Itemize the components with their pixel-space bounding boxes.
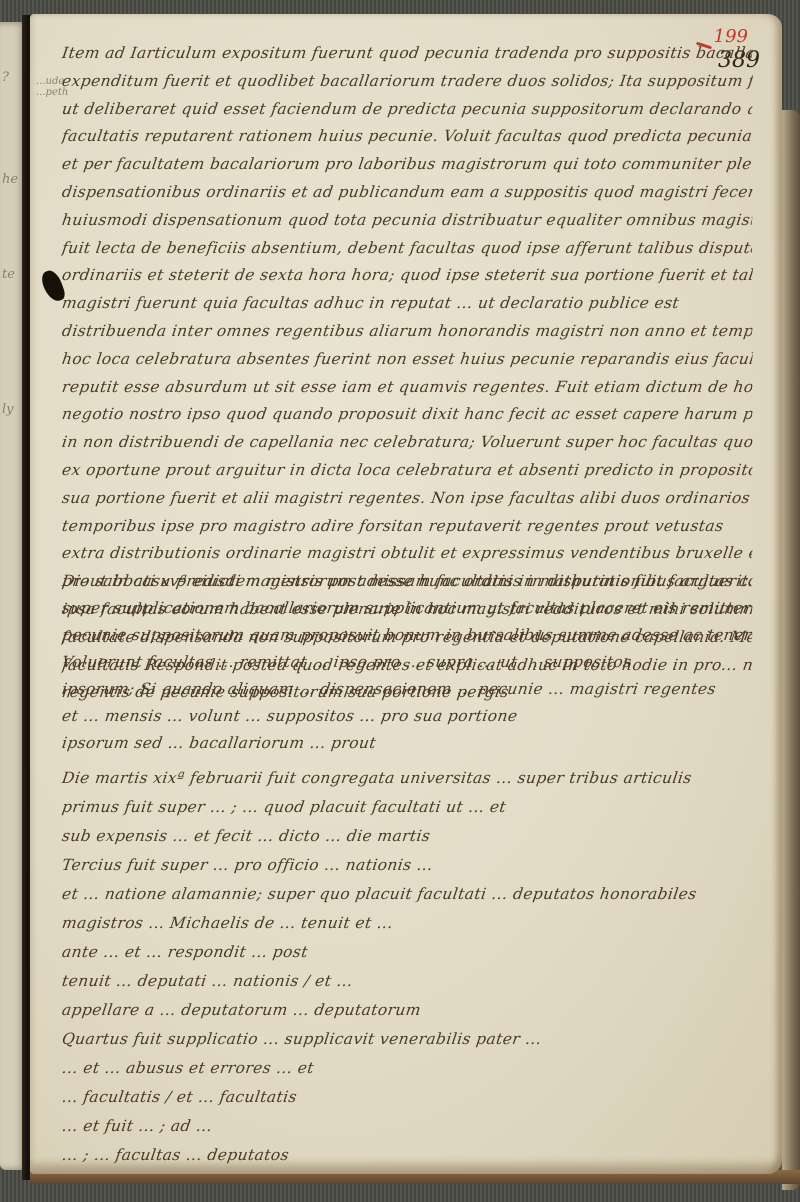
text-line: ... ; ... facultas ... deputatos [60,1141,754,1170]
text-line: ... et ... abusus et errores ... et [60,1054,754,1083]
text-line: negotio nostro ipso quod quando proposui… [60,401,754,429]
text-line: pecunie suppositorum quam proposuit bonu… [60,622,754,649]
text-line: extra distributionis ordinarie magistri … [60,540,754,568]
text-line: temporibus ipse pro magistro adire forsi… [60,513,754,541]
text-line: ante ... et ... respondit ... post [60,938,754,967]
text-line: magistri fuerunt quia facultas adhuc in … [60,290,754,318]
text-line: appellare a ... deputatorum ... deputato… [60,996,754,1025]
page-stack-edge [782,110,800,1190]
text-line: et ... mensis ... volunt ... suppositos … [60,703,754,730]
left-page-fragment: ? [2,70,9,85]
text-line: magistros ... Michaelis de ... tenuit et… [60,909,754,938]
text-line: expenditum fuerit et quodlibet bacallari… [60,68,754,96]
text-line: tenuit ... deputati ... nationis / et ..… [60,967,754,996]
text-line: sua portione fuerit et alii magistri reg… [60,485,754,513]
text-line: distribuenda inter omnes regentibus alia… [60,318,754,346]
text-line: reputit esse absurdum ut sit esse iam et… [60,374,754,402]
text-line: Quartus fuit supplicatio ... supplicavit… [60,1025,754,1054]
text-line: ... et fuit ... ; ad ... [60,1112,754,1141]
text-line: sub expensis ... et fecit ... dicto ... … [60,822,754,851]
text-line: ut deliberaret quid esset faciendum de p… [60,96,754,124]
text-line: ipsorum; Si quando aliquam ... dispensac… [60,676,754,703]
text-line: primus fuit super ... ; ... quod placuit… [60,793,754,822]
text-line: Tercius fuit super ... pro officio ... n… [60,851,754,880]
text-line: Voluerunt facultas ... remittat ... ipso… [60,649,754,676]
text-line: facultatis reputarent rationem huius pec… [60,123,754,151]
paragraph-3: Die martis xixª februarii fuit congregat… [62,764,752,1170]
text-line: ordinariis et steterit de sexta hora hor… [60,262,754,290]
text-line: Die martis xixª februarii fuit congregat… [60,764,754,793]
text-line: ... facultatis / et ... facultatis [60,1083,754,1112]
text-line: super supplicationem bacallariorum suppl… [60,595,754,622]
text-line: Die sabbati xvª eiusdem mensis post miss… [60,568,754,595]
text-line: ex oportune prout arguitur in dicta loca… [60,457,754,485]
text-line: ipsorum sed ... bacallariorum ... prout [60,730,754,757]
paragraph-2: Die sabbati xvª eiusdem mensis post miss… [62,568,752,757]
text-line: huiusmodi dispensationum quod tota pecun… [60,207,754,235]
left-page-fragment: te [2,267,15,282]
text-line: dispensationibus ordinariis et ad public… [60,179,754,207]
text-line: et ... natione alamannie; super quo plac… [60,880,754,909]
text-line: fuit lecta de beneficiis absentium, debe… [60,235,754,263]
text-line: et per facultatem bacalariorum pro labor… [60,151,754,179]
text-line: in non distribuendi de capellania nec ce… [60,429,754,457]
left-page-fragment: he [2,172,18,187]
text-line: Item ad Iarticulum expositum fuerunt quo… [60,40,754,68]
left-page-fragment: ly [2,402,14,417]
text-line: hoc loca celebratura absentes fuerint no… [60,346,754,374]
